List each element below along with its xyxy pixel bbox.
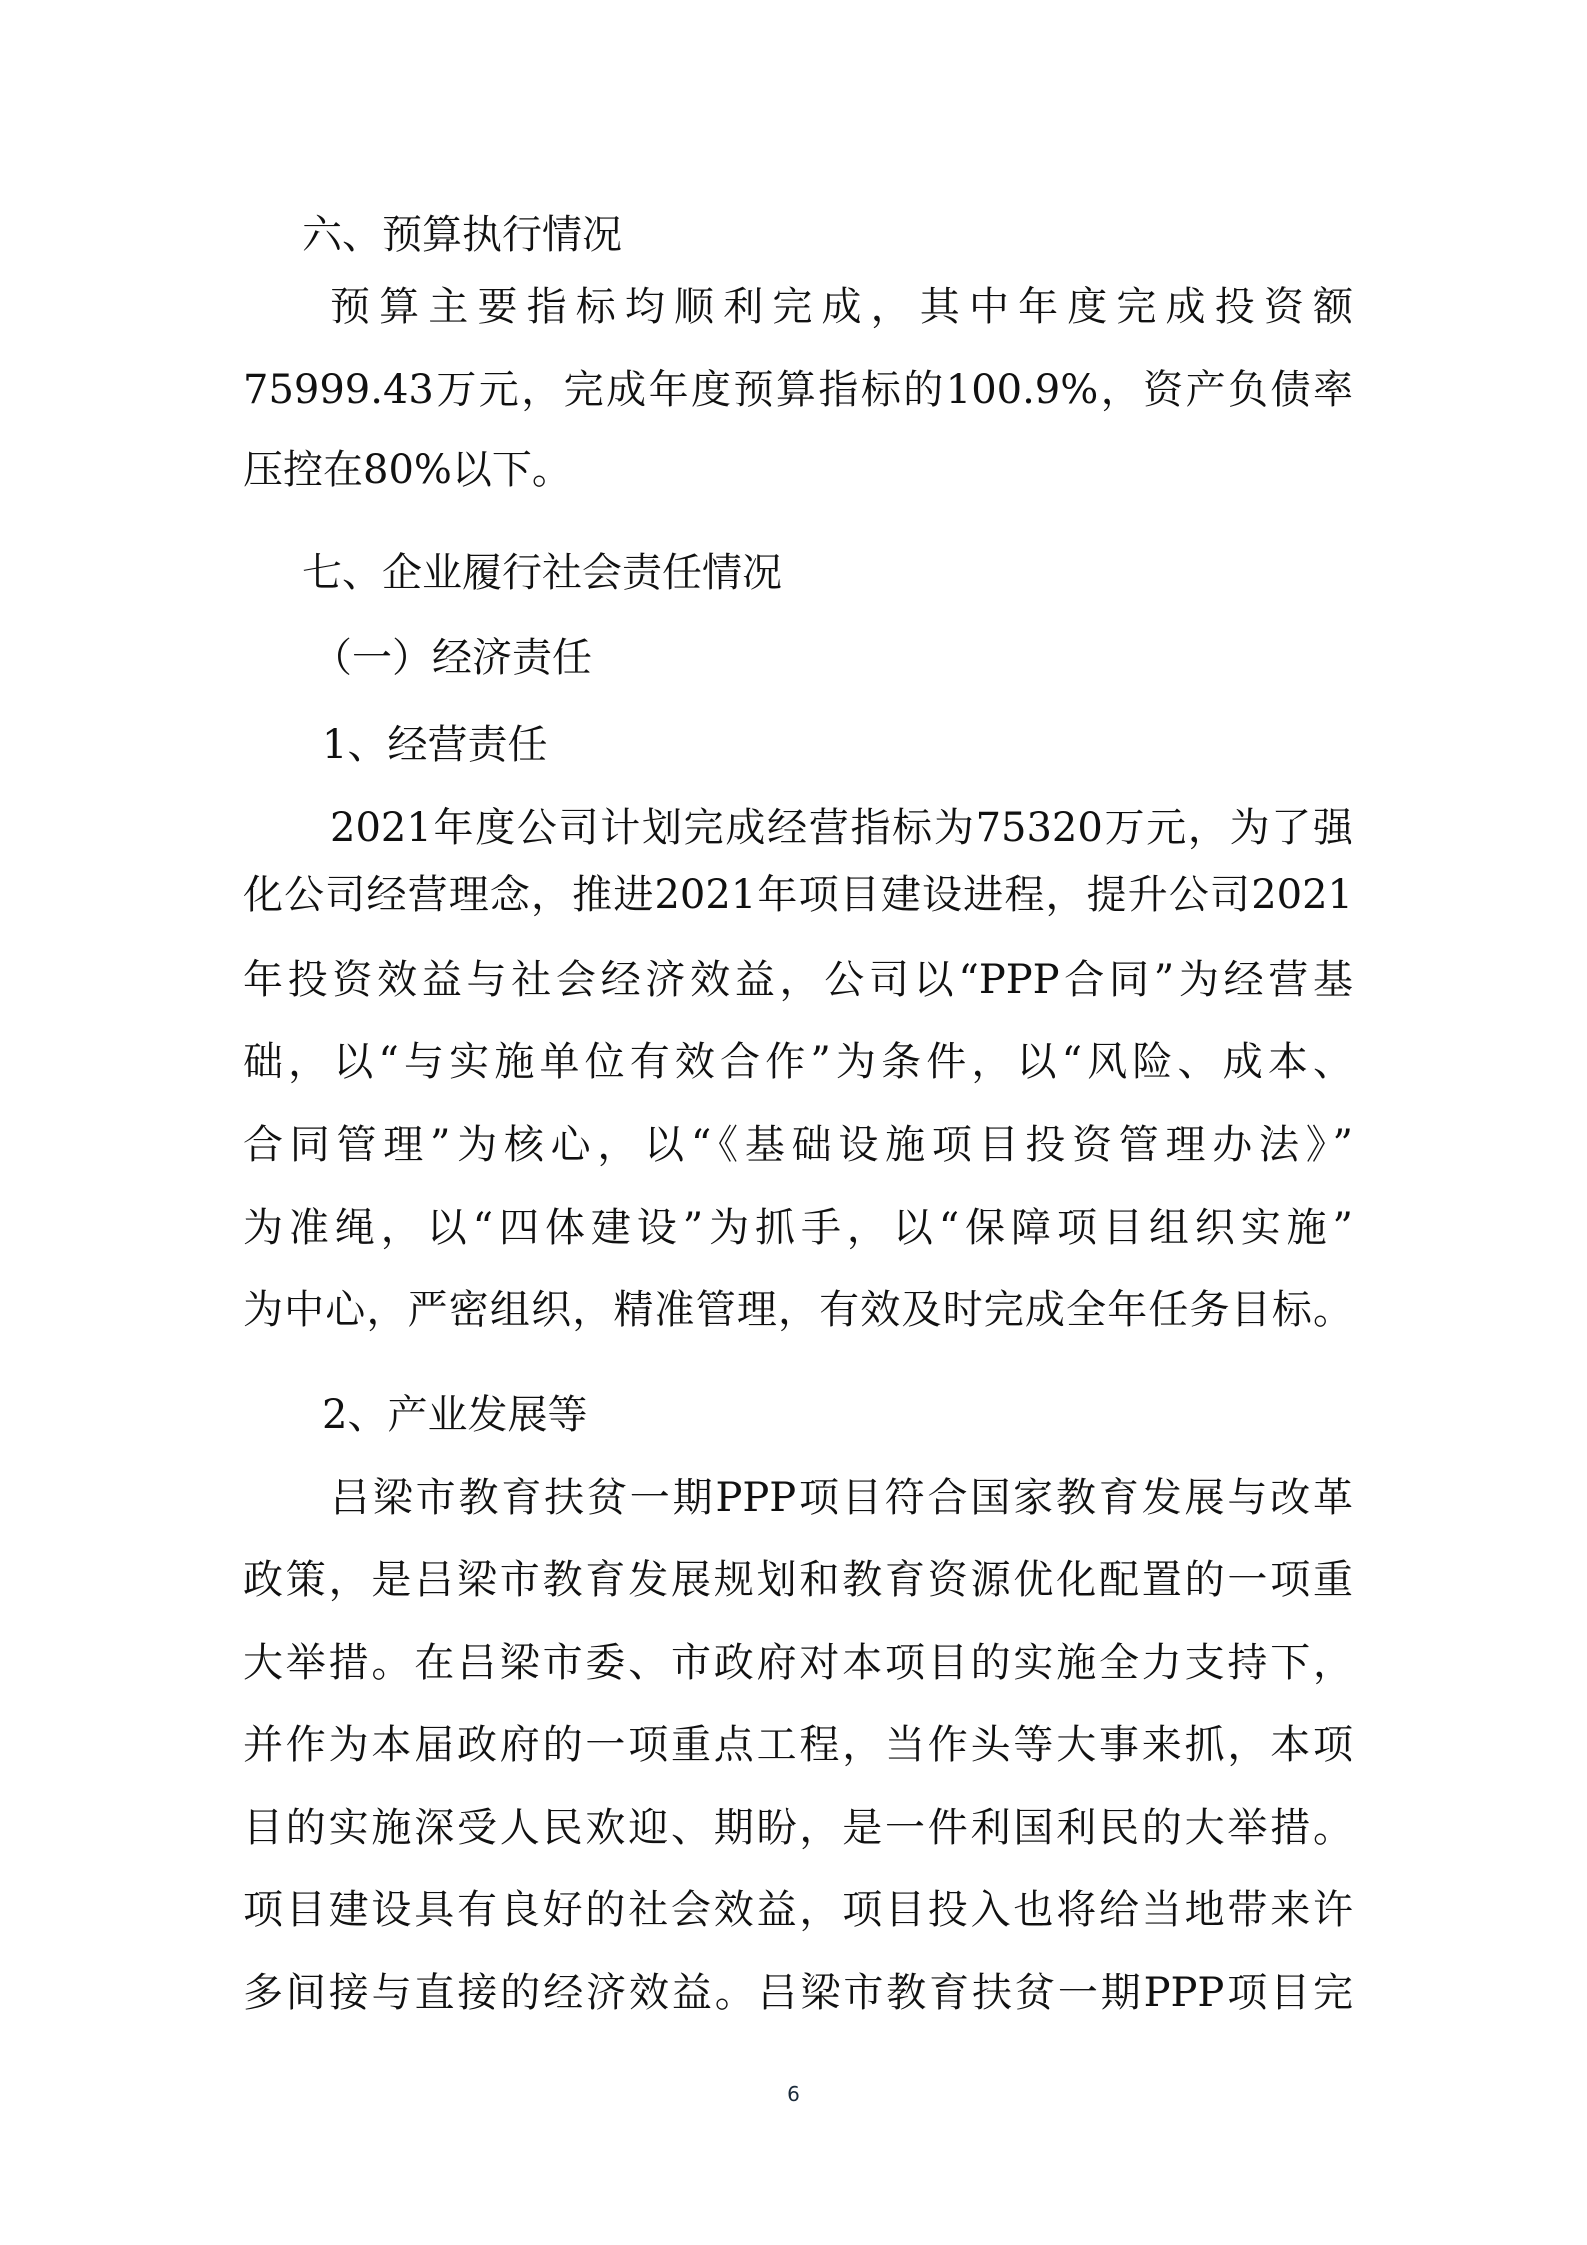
paragraph-line: 预算主要指标均顺利完成，其中年度完成投资额 — [330, 277, 1353, 337]
paragraph-line: 化公司经营理念，推进2021年项目建设进程，提升公司2021 — [243, 865, 1353, 925]
document-page: 六、预算执行情况 预算主要指标均顺利完成，其中年度完成投资额 75999.43万… — [0, 0, 1587, 2245]
item-heading-operations: 1、经营责任 — [322, 715, 1432, 775]
paragraph-line: 吕梁市教育扶贫一期PPP项目符合国家教育发展与改革 — [330, 1468, 1353, 1528]
paragraph-line: 目的实施深受人民欢迎、期盼，是一件利国利民的大举措。 — [243, 1798, 1353, 1858]
paragraph-line: 75999.43万元，完成年度预算指标的100.9%，资产负债率 — [243, 360, 1353, 420]
paragraph-line: 政策，是吕梁市教育发展规划和教育资源优化配置的一项重 — [243, 1550, 1353, 1610]
paragraph-line: 础，以“与实施单位有效合作”为条件，以“风险、成本、 — [243, 1032, 1353, 1092]
paragraph-line: 项目建设具有良好的社会效益，项目投入也将给当地带来许 — [243, 1880, 1353, 1940]
paragraph-line: 并作为本届政府的一项重点工程，当作头等大事来抓，本项 — [243, 1715, 1353, 1775]
page-number: 6 — [0, 2082, 1587, 2106]
paragraph-line: 年投资效益与社会经济效益，公司以“PPP合同”为经营基 — [243, 950, 1353, 1010]
paragraph-line: 压控在80%以下。 — [243, 440, 1353, 500]
paragraph-line: 为中心，严密组织，精准管理，有效及时完成全年任务目标。 — [243, 1280, 1353, 1340]
item-heading-industry: 2、产业发展等 — [322, 1385, 1432, 1445]
paragraph-line: 为准绳，以“四体建设”为抓手，以“保障项目组织实施” — [243, 1198, 1353, 1258]
paragraph-line: 2021年度公司计划完成经营指标为75320万元，为了强 — [330, 798, 1353, 858]
section-heading-social-responsibility: 七、企业履行社会责任情况 — [302, 543, 1412, 603]
paragraph-line: 合同管理”为核心，以“《基础设施项目投资管理办法》” — [243, 1115, 1353, 1175]
subsection-heading-economic: （一）经济责任 — [312, 628, 1422, 688]
section-heading-budget: 六、预算执行情况 — [302, 205, 1412, 265]
paragraph-line: 多间接与直接的经济效益。吕梁市教育扶贫一期PPP项目完 — [243, 1963, 1353, 2023]
paragraph-line: 大举措。在吕梁市委、市政府对本项目的实施全力支持下， — [243, 1633, 1353, 1693]
